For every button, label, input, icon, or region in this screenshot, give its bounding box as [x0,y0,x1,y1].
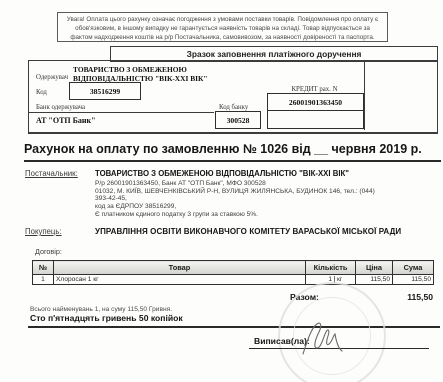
supplier-detail-line: 393-42-45, [95,195,425,203]
col-header-product: Товар [54,261,306,275]
total-value: 115,50 [383,292,433,302]
amount-in-words: Сто п'ятнадцять гривень 50 копійок [30,313,183,323]
invoice-title-rule [24,160,441,162]
summary-line: Всього найменувань 1, на суму 115,50 Гри… [30,306,172,313]
supplier-detail-line: 01032, М. КИЇВ, ШЕВЧЕНКІВСЬКИЙ Р-Н, ВУЛИ… [95,188,425,196]
payment-notice-text: Увага! Оплата цього рахунку означає пого… [67,16,378,41]
code-label: Код [36,89,47,96]
item-price: 115,50 [356,275,393,285]
invoice-document: Увага! Оплата цього рахунку означає пого… [0,0,443,382]
item-sum: 115,50 [393,275,434,285]
code-value: 38516299 [90,87,120,96]
items-table: № Товар Кількість Ціна Сума 1 Хлоросан 1… [32,260,434,285]
supplier-detail-line: Є платником єдиного податку 3 групи за с… [95,211,425,219]
credit-account-empty-box [267,110,364,129]
supplier-name: ТОВАРИСТВО З ОБМЕЖЕНОЮ ВІДПОВІДАЛЬНІСТЮ … [95,169,349,178]
bank-code-label: Код банку [219,104,248,111]
payment-notice: Увага! Оплата цього рахунку означає пого… [57,12,388,42]
payment-sample-vertical-divider [364,61,365,130]
payment-sample-box: Одержувач ТОВАРИСТВО З ОБМЕЖЕНОЮ ВІДПОВІ… [28,60,438,134]
bank-divider-line [29,112,214,113]
bank-code-value: 300528 [227,116,250,125]
invoice-title: Рахунок на оплату по замовленню № 1026 в… [24,142,426,156]
bank-code-value-box: 300528 [215,111,261,129]
recipient-name-line1: ТОВАРИСТВО З ОБМЕЖЕНОЮ [73,65,187,74]
supplier-detail-line: Р/р 26001901363450, Банк АТ "ОТП Банк", … [95,180,425,188]
contract-label: Договір: [35,247,62,256]
items-table-wrap: № Товар Кількість Ціна Сума 1 Хлоросан 1… [32,260,434,285]
col-header-quantity: Кількість [306,261,356,275]
code-value-box: 38516299 [69,82,141,100]
credit-account-label: КРЕДИТ рах. N [267,86,362,93]
item-num: 1 [33,275,54,285]
col-header-price: Ціна [356,261,393,275]
credit-account-value: 26001901363450 [289,98,342,107]
table-row: 1 Хлоросан 1 кг 1 кг 115,50 115,50 [33,275,434,285]
col-header-num: № [33,261,54,275]
recipient-bank-name: АТ "ОТП Банк" [36,116,96,125]
buyer-name: УПРАВЛІННЯ ОСВІТИ ВИКОНАВЧОГО КОМІТЕТУ В… [95,227,435,236]
payment-sample-title: Зразок заповнення платіжного доручення [187,49,362,59]
recipient-bank-label: Банк одержувача [36,104,85,111]
supplier-detail-line: код за ЄДРПОУ 38516299, [95,203,425,211]
supplier-label: Постачальник: [25,169,78,178]
items-table-header-row: № Товар Кількість Ціна Сума [33,261,434,275]
recipient-label: Одержувач [36,74,68,81]
supplier-details: Р/р 26001901363450, Банк АТ "ОТП Банк", … [95,180,425,219]
signature [295,318,355,358]
item-name: Хлоросан 1 кг [54,275,306,285]
col-header-sum: Сума [393,261,434,275]
buyer-label: Покупець: [25,227,62,236]
